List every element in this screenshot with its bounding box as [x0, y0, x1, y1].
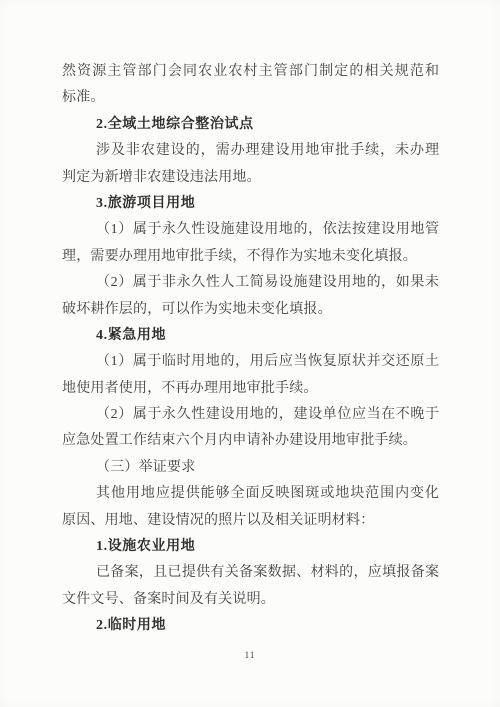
text-line: （1）属于临时用地的，用后应当恢复原状并交还原土	[62, 349, 439, 375]
text-line: （2）属于非永久性人工简易设施建设用地的，如果未	[62, 270, 439, 296]
heading-line: 4.紧急用地	[62, 323, 439, 349]
text-line: 然资源主管部门会同农业农村主管部门制定的相关规范和	[62, 59, 439, 85]
text-line: 标准。	[62, 85, 439, 111]
text-line: 理，需要办理用地审批手续，不得作为实地未变化填报。	[62, 244, 439, 270]
text-line: 应急处置工作结束六个月内申请补办建设用地审批手续。	[62, 428, 439, 454]
heading-line: （三）举证要求	[62, 455, 439, 481]
document-page: 然资源主管部门会同农业农村主管部门制定的相关规范和标准。2.全域土地综合整治试点…	[0, 0, 500, 707]
text-line: 已备案，且已提供有关备案数据、材料的，应填报备案	[62, 560, 439, 586]
text-line: 文件文号、备案时间及有关说明。	[62, 587, 439, 613]
text-line: 判定为新增非农建设违法用地。	[62, 165, 439, 191]
text-line: 其他用地应提供能够全面反映图斑或地块范围内变化	[62, 481, 439, 507]
text-line: 原因、用地、建设情况的照片以及相关证明材料：	[62, 508, 439, 534]
text-line: （2）属于永久性建设用地的，建设单位应当在不晚于	[62, 402, 439, 428]
text-line: 涉及非农建设的，需办理建设用地审批手续，未办理的，	[62, 138, 439, 164]
text-line: （1）属于永久性设施建设用地的，依法按建设用地管	[62, 217, 439, 243]
heading-line: 2.临时用地	[62, 613, 439, 639]
document-body: 然资源主管部门会同农业农村主管部门制定的相关规范和标准。2.全域土地综合整治试点…	[62, 59, 439, 640]
text-line: 破坏耕作层的，可以作为实地未变化填报。	[62, 297, 439, 323]
heading-line: 2.全域土地综合整治试点	[62, 112, 439, 138]
page-number: 11	[0, 650, 500, 660]
heading-line: 3.旅游项目用地	[62, 191, 439, 217]
heading-line: 1.设施农业用地	[62, 534, 439, 560]
text-line: 地使用者使用，不再办理用地审批手续。	[62, 376, 439, 402]
